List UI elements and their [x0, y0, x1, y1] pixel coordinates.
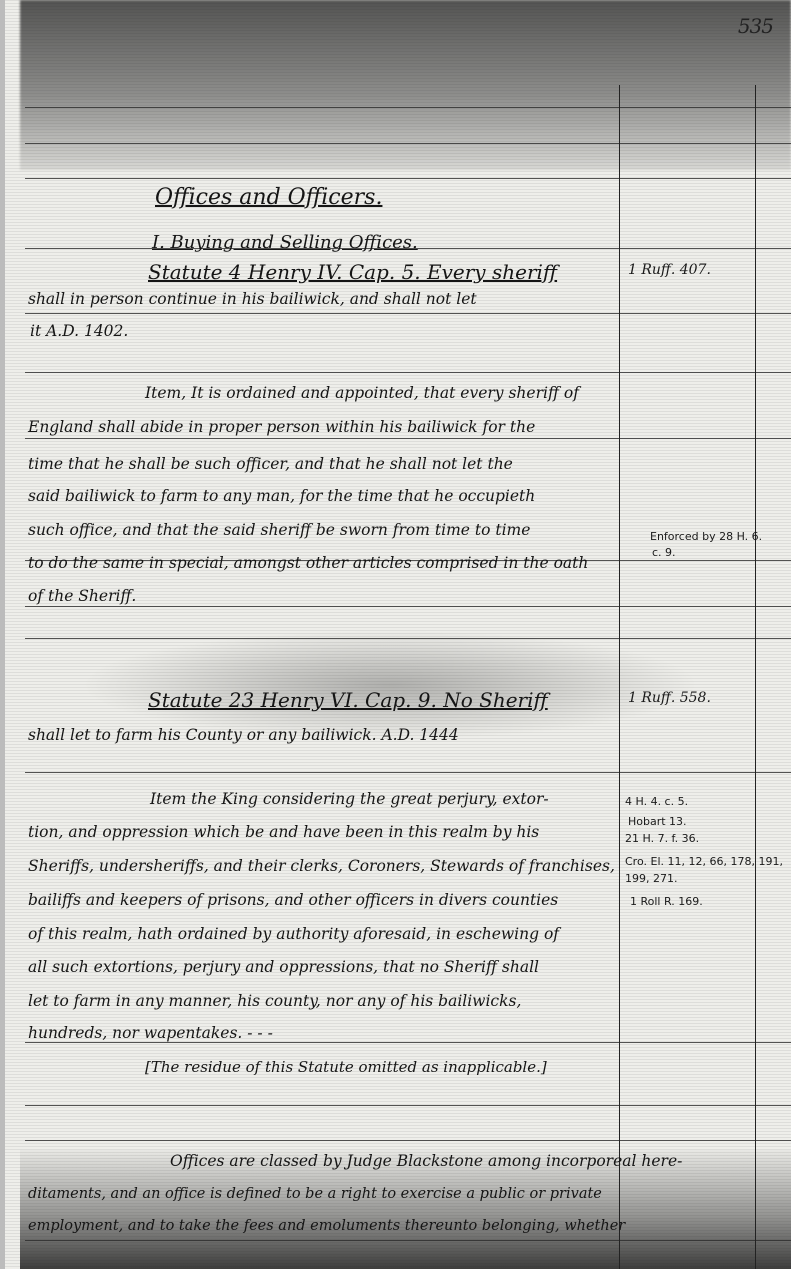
statute-1-text-line: said bailiwick to farm to any man, for t…	[28, 487, 535, 505]
statute-1-text-line: England shall abide in proper person wit…	[28, 418, 535, 436]
page-number: 535	[738, 14, 773, 38]
scan-smudge-top	[20, 0, 791, 170]
page-title: Offices and Officers.	[155, 185, 382, 210]
margin-column-rule-outer	[755, 85, 756, 1269]
statute-1-text-line: of the Sheriff.	[28, 587, 136, 605]
margin-citation: Cro. El. 11, 12, 66, 178, 191,	[625, 855, 783, 868]
ruled-line	[25, 606, 791, 607]
statute-1-text-line: Item, It is ordained and appointed, that…	[145, 384, 579, 402]
statute-2-text-line: hundreds, nor wapentakes. - - -	[28, 1024, 273, 1042]
ruled-line	[25, 143, 791, 144]
statute-1-summary-line: it A.D. 1402.	[30, 322, 128, 340]
statute-2-text-line: of this realm, hath ordained by authorit…	[28, 925, 559, 943]
margin-column-rule	[619, 85, 620, 1269]
section-subtitle: I. Buying and Selling Offices.	[152, 232, 418, 253]
margin-citation: 199, 271.	[625, 872, 677, 885]
statute-2-text-line: Sheriffs, undersheriffs, and their clerk…	[28, 857, 615, 875]
margin-citation: c. 9.	[652, 546, 676, 559]
ruled-line	[25, 372, 791, 373]
margin-citation: 21 H. 7. f. 36.	[625, 832, 699, 845]
blackstone-text-line: ditaments, and an office is defined to b…	[28, 1186, 602, 1202]
statute-2-text-line: let to farm in any manner, his county, n…	[28, 992, 521, 1010]
ruled-line	[25, 772, 791, 773]
ruled-line	[25, 178, 791, 179]
ruled-line	[25, 1105, 791, 1106]
scan-smudge-middle	[80, 630, 700, 740]
statute-heading-2: Statute 23 Henry VI. Cap. 9. No Sheriff	[148, 688, 548, 712]
ruled-line	[25, 1240, 791, 1241]
scan-left-edge	[0, 0, 5, 1269]
margin-citation: 1 Roll R. 169.	[630, 895, 703, 908]
margin-citation: 4 H. 4. c. 5.	[625, 795, 688, 808]
ruled-line	[25, 1042, 791, 1043]
statute-2-text-line: Item the King considering the great perj…	[150, 790, 549, 808]
margin-citation: Hobart 13.	[628, 815, 687, 828]
ruled-line	[25, 638, 791, 639]
margin-citation: Enforced by 28 H. 6.	[650, 530, 762, 543]
margin-citation: 1 Ruff. 407.	[628, 262, 711, 278]
ruled-line	[25, 107, 791, 108]
statute-1-summary-line: shall in person continue in his bailiwic…	[28, 290, 477, 308]
blackstone-text-line: Offices are classed by Judge Blackstone …	[170, 1152, 682, 1170]
statute-2-summary-line: shall let to farm his County or any bail…	[28, 726, 459, 744]
statute-heading-1: Statute 4 Henry IV. Cap. 5. Every sherif…	[148, 260, 557, 284]
margin-citation: 1 Ruff. 558.	[628, 690, 711, 706]
statute-1-text-line: time that he shall be such officer, and …	[28, 455, 513, 473]
blackstone-text-line: employment, and to take the fees and emo…	[28, 1218, 625, 1234]
ruled-line	[25, 1140, 791, 1141]
ruled-line	[25, 438, 791, 439]
statute-1-text-line: to do the same in special, amongst other…	[28, 554, 588, 572]
manuscript-page: 535 Offices and Officers. I. Buying and …	[0, 0, 791, 1269]
statute-2-text-line: bailiffs and keepers of prisons, and oth…	[28, 891, 558, 909]
omission-note: [The residue of this Statute omitted as …	[145, 1058, 547, 1076]
statute-1-text-line: such office, and that the said sheriff b…	[28, 521, 530, 539]
ruled-line	[25, 313, 791, 314]
statute-2-text-line: tion, and oppression which be and have b…	[28, 823, 539, 841]
statute-2-text-line: all such extortions, perjury and oppress…	[28, 958, 539, 976]
